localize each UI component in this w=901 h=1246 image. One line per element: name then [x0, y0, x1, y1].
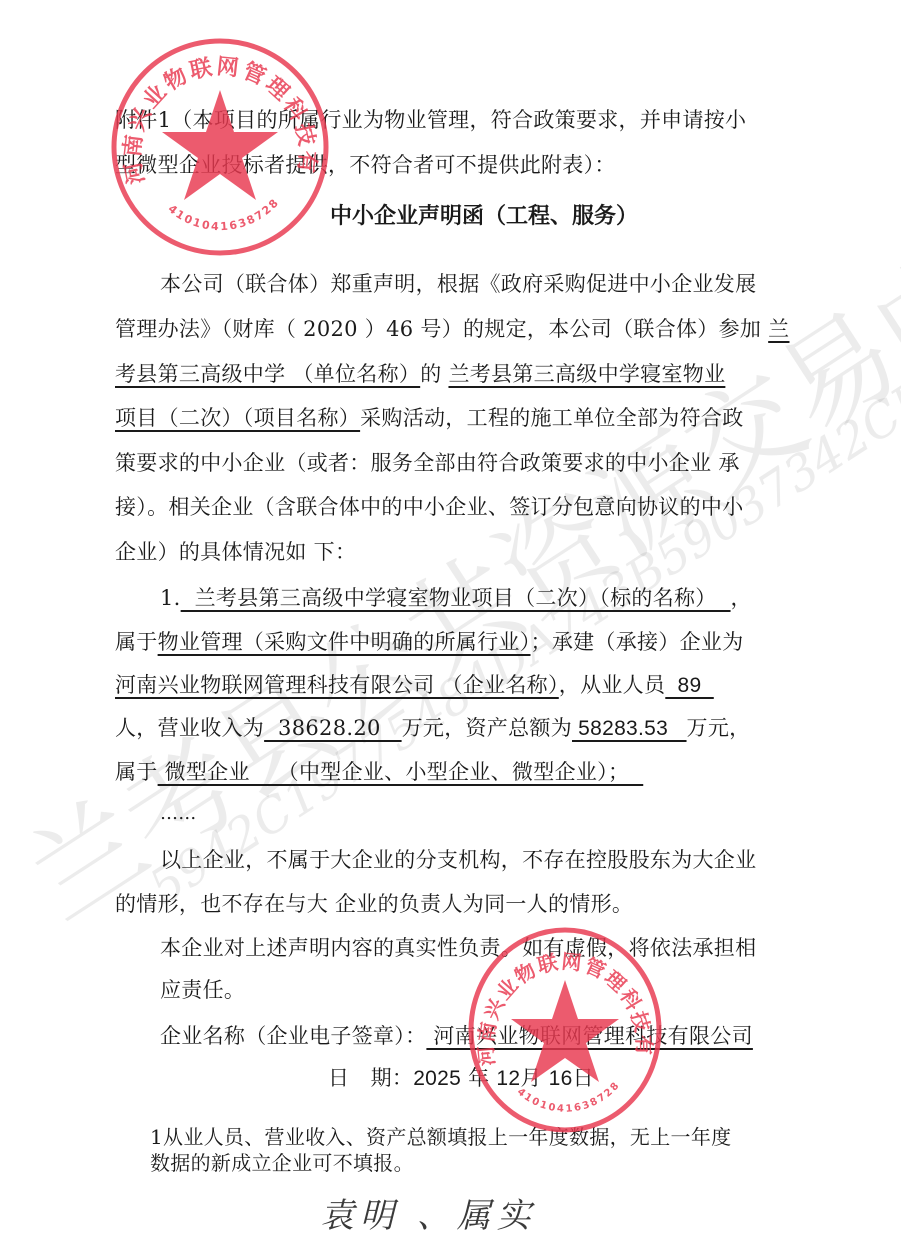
statement-line-1: 以上企业，不属于大企业的分支机构，不存在控股股东为大企业 — [160, 846, 780, 874]
employees-label: ，从业人员 — [559, 673, 666, 697]
statement-line-2: 的情形，也不存在与大 企业的负责人为同一人的情形。 — [115, 890, 780, 918]
statement-line-4: 应责任。 — [160, 976, 780, 1004]
industry-fill: 物业管理（采购文件中明确的所属行业） — [158, 630, 531, 654]
declaration-line-5: 策要求的中小企业（或者：服务全部由符合政策要求的中小企业 承 — [115, 449, 780, 477]
item-number: 1. — [160, 586, 181, 610]
declaration-line-2: 管理办法》（财库（ 2020 ）46 号）的规定，本公司（联合体）参加 兰 — [115, 315, 780, 343]
date-month-unit: 月 — [520, 1066, 548, 1090]
declaration-text: 的 — [420, 362, 448, 386]
assets-unit: 万元， — [687, 716, 751, 740]
industry-prefix: 属于 — [115, 630, 158, 654]
revenue-fill: 38628.20 — [264, 716, 401, 740]
declaration-line-7: 企业）的具体情况如 下： — [115, 538, 780, 566]
buyer-name-fill: 考县第三高级中学 （单位名称） — [115, 362, 420, 386]
signoff-date-line: 日 期：2025 年 12月 16日 — [328, 1064, 901, 1093]
subject-name-fill: 兰考县第三高级中学寝室物业项目（二次）（标的名称） — [181, 586, 731, 610]
employees-fill: 89 — [665, 674, 714, 697]
buyer-name-fill: 兰 — [768, 317, 789, 341]
stamp-code: 4101041638728 — [166, 195, 283, 233]
svg-text:4101041638728: 4101041638728 — [166, 195, 283, 233]
note-line-2: 数据的新成立企业可不填报。 — [150, 1150, 790, 1176]
contractor-label: ；承建（承接）企业为 — [531, 630, 744, 654]
preamble-line-2: 型微型企业投标者提供，不符合者可不提供此附表）： — [115, 151, 780, 179]
category-fill: 微型企业 （中型企业、小型企业、微型企业）； — [158, 760, 644, 784]
note-line-1: 1从业人员、营业收入、资产总额填报上一年度数据，无上一年度 — [150, 1124, 790, 1150]
ellipsis: …… — [160, 800, 825, 828]
item1-line-5: 属于 微型企业 （中型企业、小型企业、微型企业）； — [115, 758, 780, 786]
document-page: 兰考县公共资源交易中心 5942C19775484DA743B59037342C… — [0, 0, 901, 1246]
date-day: 16 — [549, 1067, 573, 1090]
declaration-text: 采购活动，工程的施工单位全部为符合政 — [360, 406, 743, 430]
people-unit: 人，营业收入为 — [115, 716, 264, 740]
company-name-fill: 河南兴业物联网管理科技有限公司 （企业名称） — [115, 673, 559, 697]
company-label: 企业名称（企业电子签章）： — [160, 1024, 426, 1048]
item1-line-2: 属于物业管理（采购文件中明确的所属行业）；承建（承接）企业为 — [115, 628, 780, 656]
signoff-company-line: 企业名称（企业电子签章）： 河南兴业物联网管理科技有限公司 — [160, 1022, 780, 1050]
item1-line-4: 人，营业收入为 38628.20 万元，资产总额为 58283.53 万元， — [115, 714, 780, 743]
project-name-fill: 项目（二次）（项目名称） — [115, 406, 360, 430]
category-prefix: 属于 — [115, 760, 158, 784]
statement-line-3: 本企业对上述声明内容的真实性负责。如有虚假，将依法承担相 — [160, 934, 780, 962]
item1-line-3: 河南兴业物联网管理科技有限公司 （企业名称），从业人员 89 — [115, 671, 780, 700]
document-title: 中小企业声明函（工程、服务） — [330, 199, 638, 230]
date-year: 2025 — [413, 1067, 461, 1090]
item1-line-1: 1. 兰考县第三高级中学寝室物业项目（二次）（标的名称） ， — [160, 584, 825, 612]
project-name-fill: 兰考县第三高级中学寝室物业 — [448, 362, 725, 386]
date-day-unit: 日 — [573, 1066, 594, 1090]
date-month: 12 — [496, 1067, 520, 1090]
date-year-unit: 年 — [461, 1066, 496, 1090]
declaration-line-6: 接）。相关企业（含联合体中的中小企业、签订分包意向协议的中小 — [115, 493, 780, 521]
declaration-text: 管理办法》（财库（ 2020 ）46 号）的规定，本公司（联合体）参加 — [115, 317, 768, 341]
company-seal-stamp: 河南兴业物联网管理科技有限公司 4101041638728 — [105, 32, 335, 262]
handwritten-signature: 袁明 、属实 — [320, 1188, 537, 1237]
declaration-line-1: 本公司（联合体）郑重声明，根据《政府采购促进中小企业发展 — [160, 270, 780, 298]
declaration-line-4: 项目（二次）（项目名称）采购活动，工程的施工单位全部为符合政 — [115, 404, 780, 432]
signoff-company-name: 河南兴业物联网管理科技有限公司 — [426, 1024, 752, 1048]
revenue-unit: 万元，资产总额为 — [402, 716, 572, 740]
declaration-line-3: 考县第三高级中学 （单位名称）的 兰考县第三高级中学寝室物业 — [115, 360, 780, 388]
assets-fill: 58283.53 — [572, 717, 687, 740]
preamble-line-1: 附件1（本项目的所属行业为物业管理，符合政策要求，并申请按小 — [115, 106, 780, 134]
comma: ， — [731, 586, 752, 610]
date-label: 日 期： — [328, 1066, 413, 1090]
